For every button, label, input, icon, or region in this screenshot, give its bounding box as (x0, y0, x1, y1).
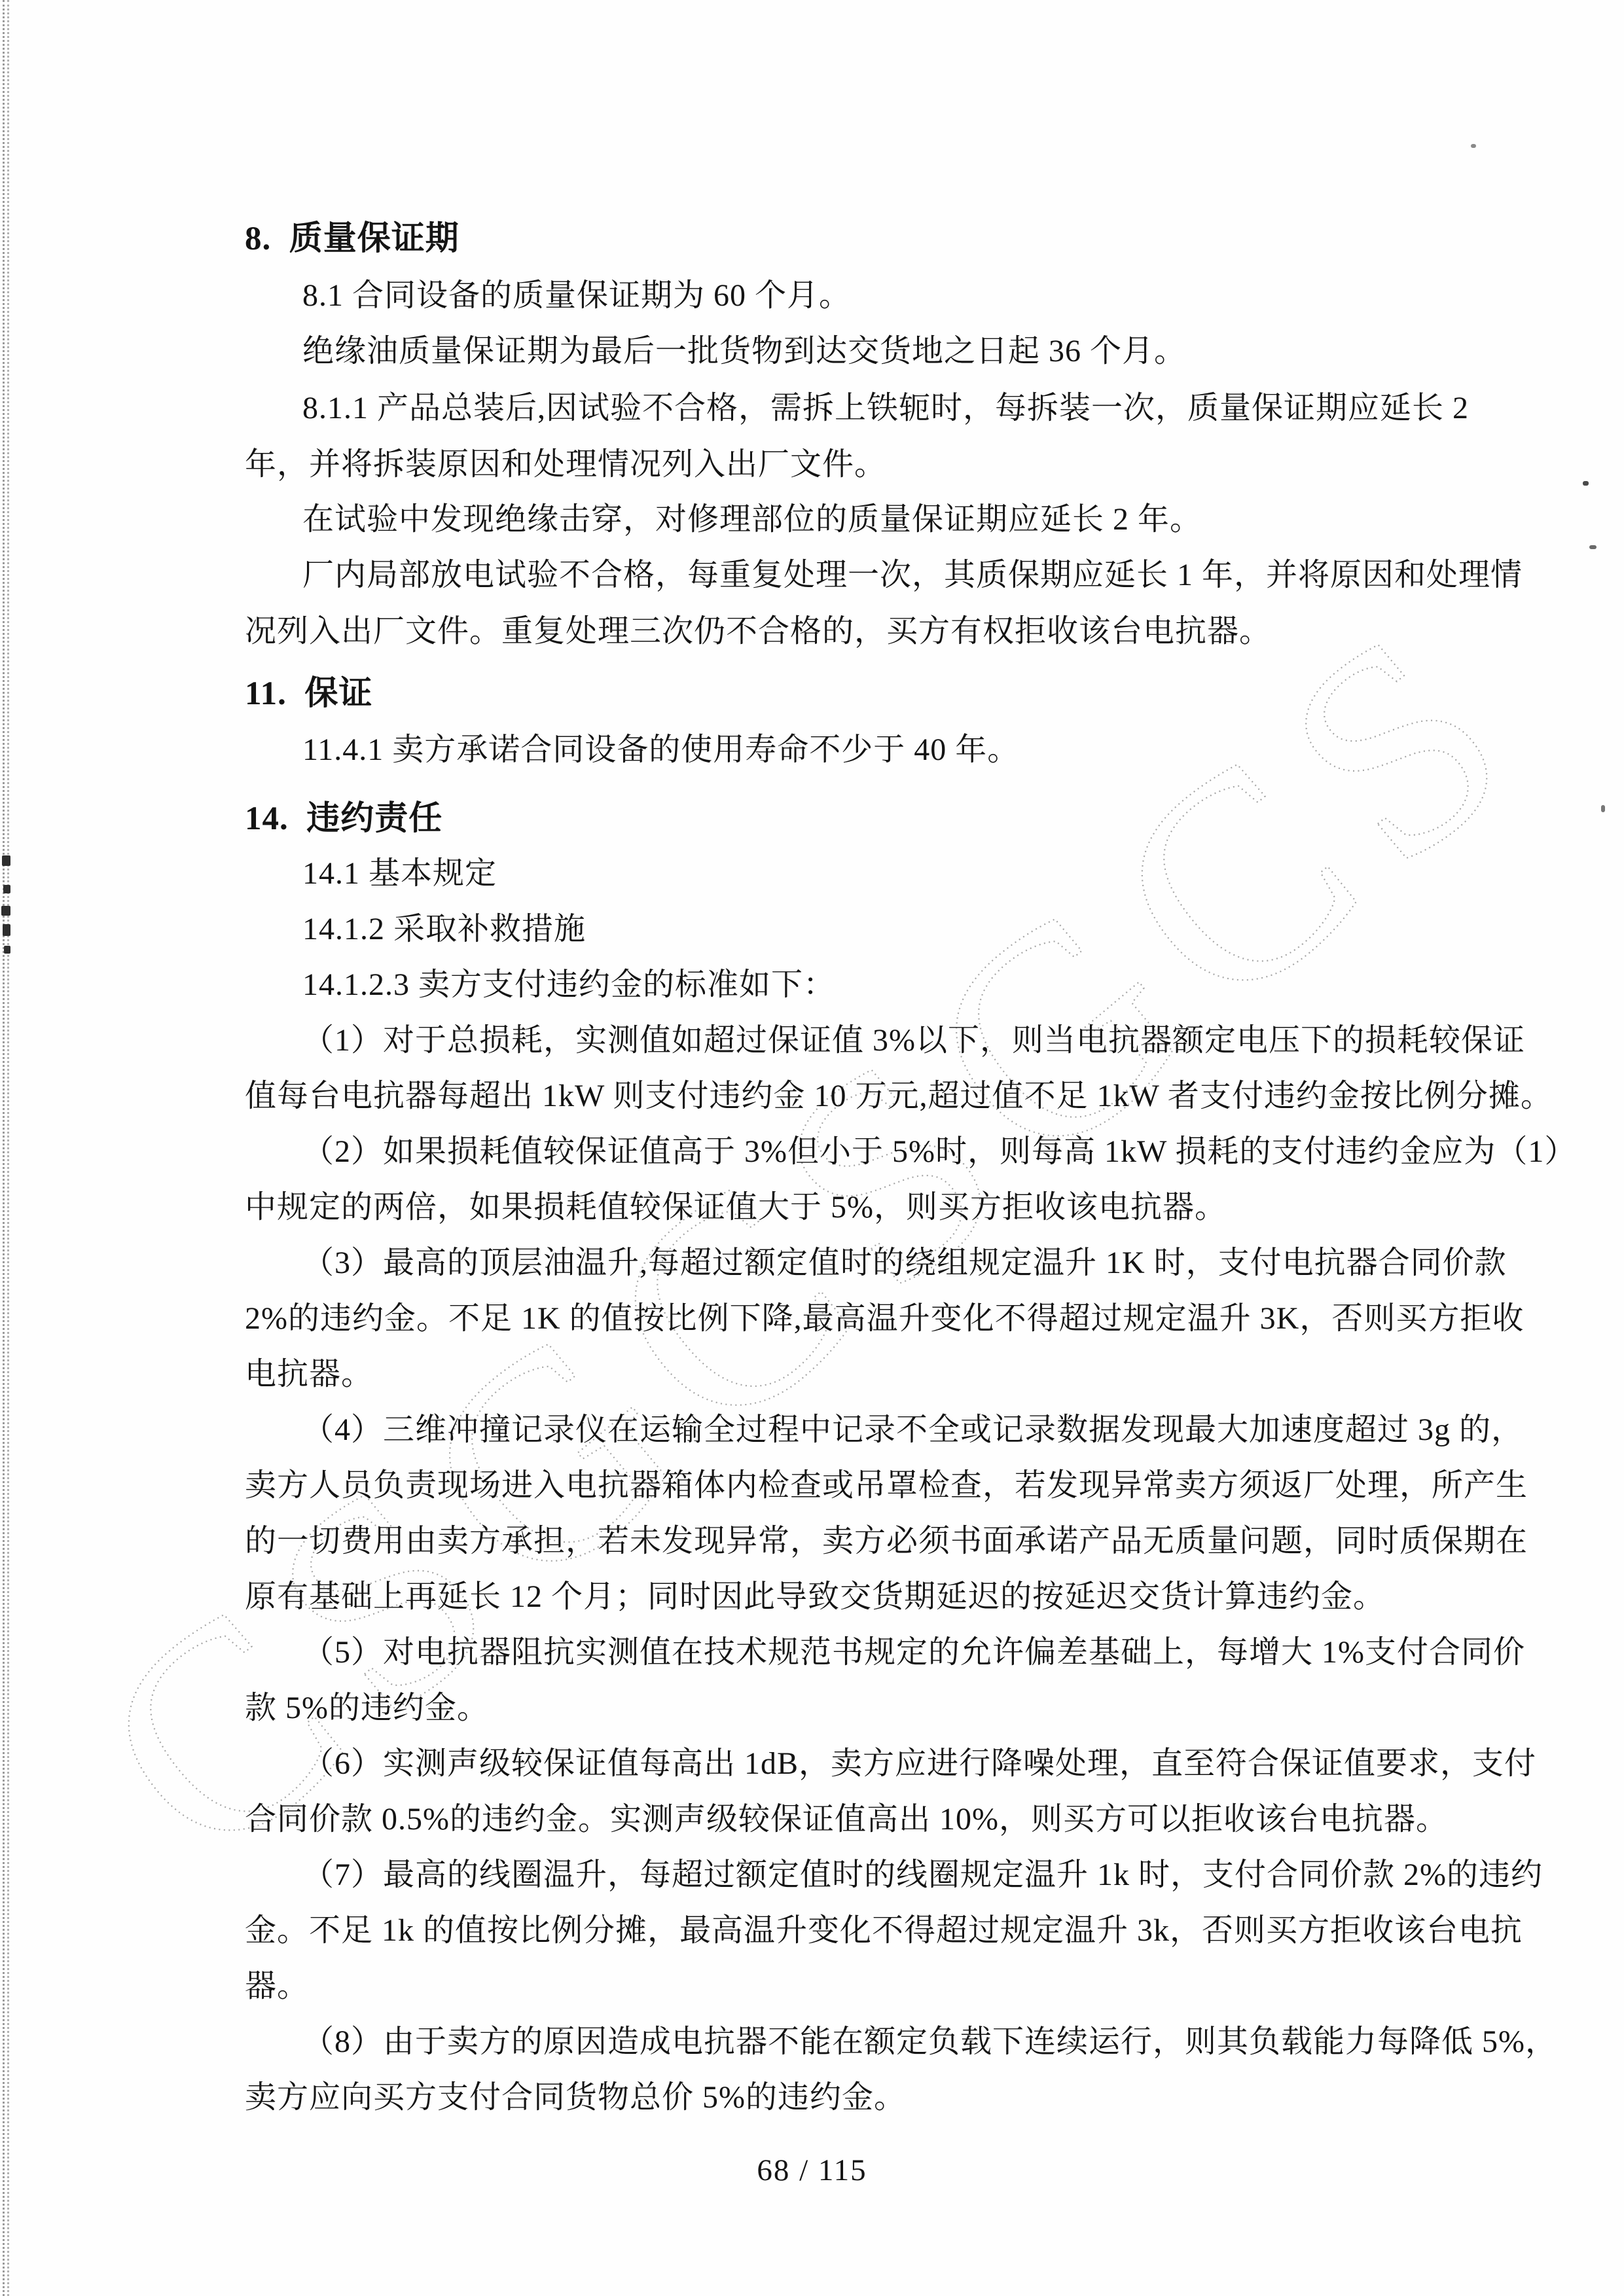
text-line: 况列入出厂文件。重复处理三次仍不合格的，买方有权拒收该台电抗器。 (245, 613, 1271, 649)
text-line: 2%的违约金。不足 1K 的值按比例下降,最高温升变化不得超过规定温升 3K，否… (245, 1300, 1524, 1336)
text-line: 值每台电抗器每超出 1kW 则支付违约金 10 万元,超过值不足 1kW 者支付… (245, 1078, 1553, 1114)
text-line: 原有基础上再延长 12 个月；同时因此导致交货期延迟的按延迟交货计算违约金。 (245, 1579, 1385, 1615)
page-number: 68 / 115 (0, 2153, 1624, 2188)
text-line: 绝缘油质量保证期为最后一批货物到达交货地之日起 36 个月。 (302, 333, 1186, 369)
document-page: CSGCSGCS 8. 质量保证期8.1 合同设备的质量保证期为 60 个月。绝… (0, 0, 1624, 2296)
text-line: 14.1.2.3 卖方支付违约金的标准如下： (302, 967, 835, 1003)
text-line: （5）对电抗器阻抗实测值在技术规范书规定的允许偏差基础上，每增大 1%支付合同价 (302, 1634, 1525, 1670)
text-line: 器。 (245, 1968, 309, 2004)
text-line: 电抗器。 (245, 1356, 373, 1392)
text-line: （4）三维冲撞记录仪在运输全过程中记录不全或记录数据发现最大加速度超过 3g 的… (302, 1412, 1523, 1448)
text-line: 11.4.1 卖方承诺合同设备的使用寿命不少于 40 年。 (302, 732, 1019, 768)
section-heading: 14. 违约责任 (245, 800, 442, 838)
text-line: 厂内局部放电试验不合格，每重复处理一次，其质保期应延长 1 年，并将原因和处理情 (302, 557, 1523, 593)
text-line: 的一切费用由卖方承担，若未发现异常，卖方必须书面承诺产品无质量问题，同时质保期在 (245, 1523, 1528, 1559)
text-line: （6）实测声级较保证值每高出 1dB，卖方应进行降噪处理，直至符合保证值要求，支… (302, 1746, 1536, 1782)
body-text: 8. 质量保证期8.1 合同设备的质量保证期为 60 个月。绝缘油质量保证期为最… (0, 0, 1624, 2296)
text-line: 14.1.2 采取补救措施 (302, 911, 586, 947)
text-line: （7）最高的线圈温升，每超过额定值时的线圈规定温升 1k 时，支付合同价款 2%… (302, 1857, 1543, 1893)
text-line: （2）如果损耗值较保证值高于 3%但小于 5%时，则每高 1kW 损耗的支付违约… (302, 1134, 1576, 1170)
section-heading: 11. 保证 (245, 675, 372, 713)
text-line: 在试验中发现绝缘击穿，对修理部位的质量保证期应延长 2 年。 (302, 501, 1202, 537)
text-line: 金。不足 1k 的值按比例分摊，最高温升变化不得超过规定温升 3k，否则买方拒收… (245, 1912, 1523, 1948)
text-line: 合同价款 0.5%的违约金。实测声级较保证值高出 10%，则买方可以拒收该台电抗… (245, 1801, 1448, 1837)
text-line: 8.1.1 产品总装后,因试验不合格，需拆上铁轭时，每拆装一次，质量保证期应延长… (302, 390, 1469, 426)
text-line: （3）最高的顶层油温升,每超过额定值时的绕组规定温升 1K 时，支付电抗器合同价… (302, 1245, 1507, 1281)
text-line: 14.1 基本规定 (302, 855, 497, 891)
section-heading: 8. 质量保证期 (245, 220, 460, 259)
text-line: （1）对于总损耗，实测值如超过保证值 3%以下，则当电抗器额定电压下的损耗较保证 (302, 1022, 1525, 1058)
text-line: 卖方人员负责现场进入电抗器箱体内检查或吊罩检查，若发现异常卖方须返厂处理，所产生 (245, 1467, 1528, 1503)
text-line: 款 5%的违约金。 (245, 1690, 489, 1726)
text-line: 卖方应向买方支付合同货物总价 5%的违约金。 (245, 2079, 906, 2115)
text-line: 8.1 合同设备的质量保证期为 60 个月。 (302, 278, 851, 314)
text-line: 中规定的两倍，如果损耗值较保证值大于 5%，则买方拒收该电抗器。 (245, 1189, 1227, 1225)
text-line: （8）由于卖方的原因造成电抗器不能在额定负载下连续运行，则其负载能力每降低 5%… (302, 2024, 1557, 2060)
text-line: 年，并将拆装原因和处理情况列入出厂文件。 (245, 446, 886, 482)
